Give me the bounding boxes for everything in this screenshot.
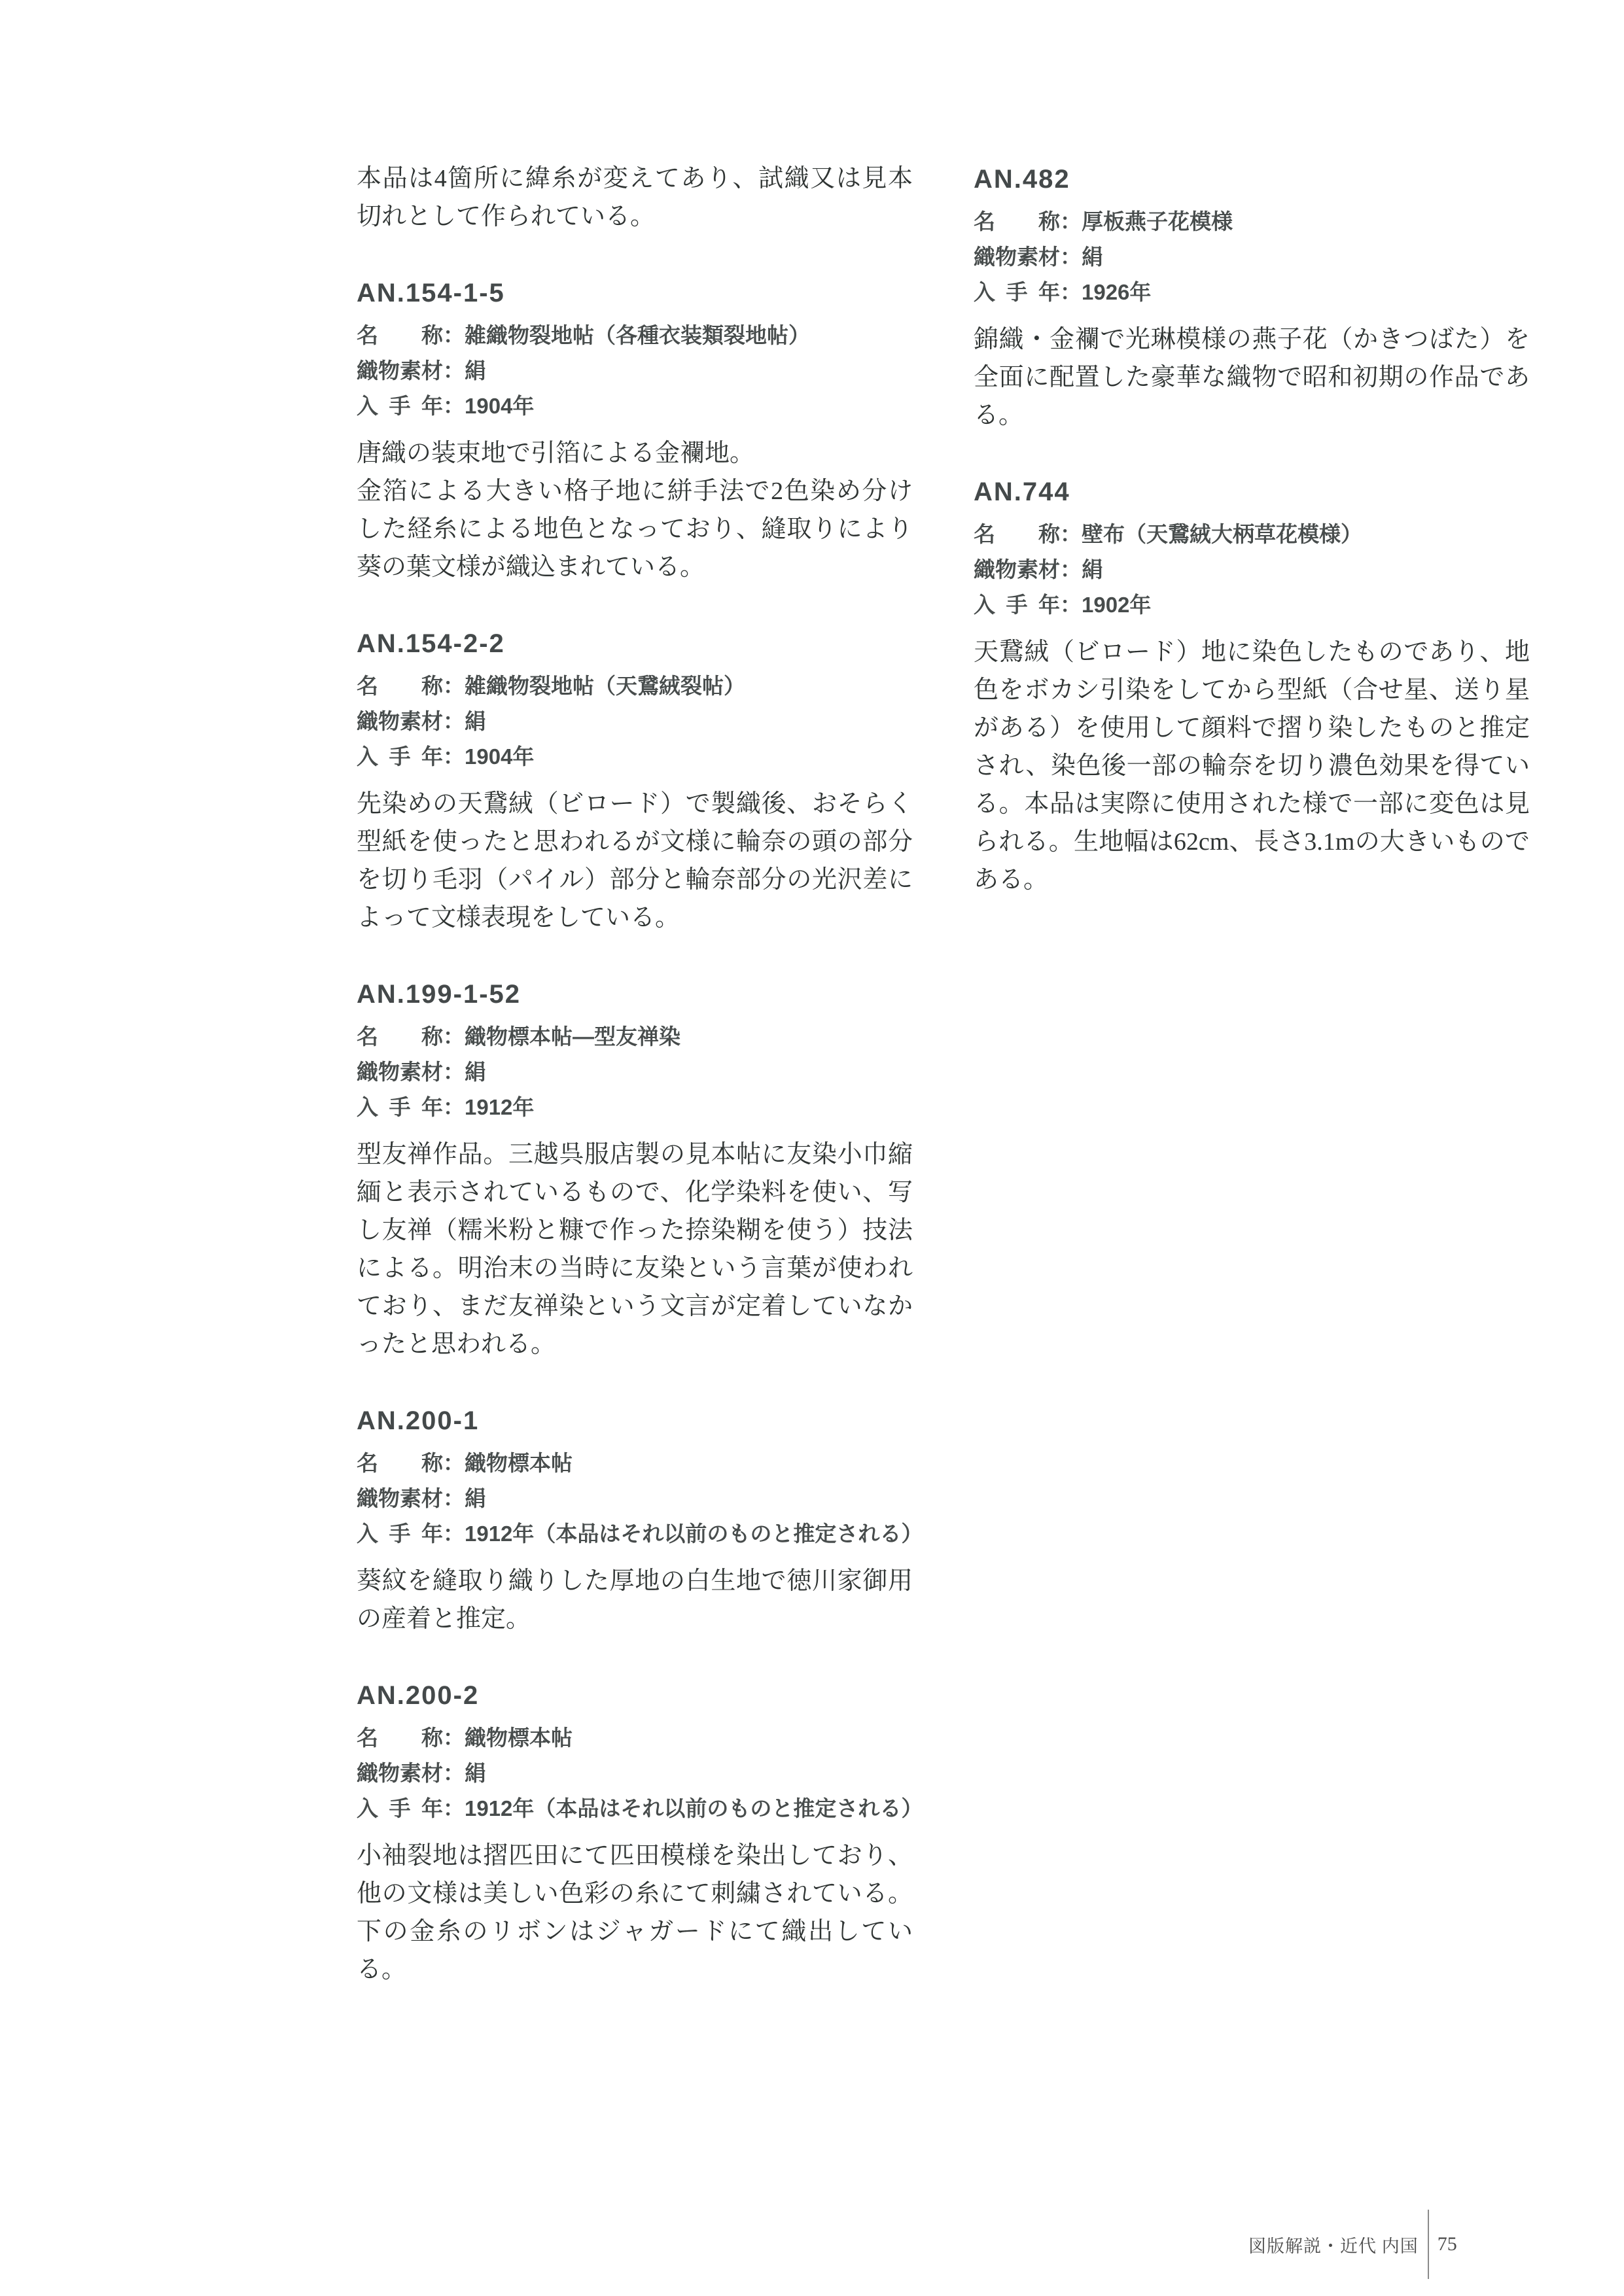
entry-meta: 名称 ： 織物標本帖―型友禅染 織物素材 ： 絹 入手年 ： 1912年	[357, 1019, 913, 1125]
field-name: 名称 ： 厚板燕子花模様	[974, 204, 1530, 239]
field-colon: ：	[1060, 204, 1082, 239]
field-colon: ：	[443, 318, 465, 353]
entry-an-744: AN.744 名称 ： 壁布（天鵞絨大柄草花模様） 織物素材 ： 絹 入手年 ：…	[974, 476, 1530, 899]
entry-description: 先染めの天鵞絨（ビロード）で製織後、おそらく型紙を使ったと思われるが文様に輪奈の…	[357, 785, 913, 937]
field-acquisition-year: 入手年 ： 1926年	[974, 275, 1530, 310]
field-colon: ：	[1060, 552, 1082, 587]
field-acquisition-year: 入手年 ： 1904年	[357, 389, 913, 424]
scanned-catalog-page: 本品は4箇所に緯糸が変えてあり、試織又は見本切れとして作られている。 AN.15…	[0, 0, 1624, 2296]
entry-id: AN.482	[974, 164, 1530, 195]
field-colon: ：	[443, 1446, 465, 1481]
field-colon: ：	[443, 1720, 465, 1756]
field-label: 名称	[357, 669, 443, 704]
field-value: 1904年	[465, 739, 913, 774]
entry-id: AN.154-2-2	[357, 628, 913, 659]
entry-id: AN.744	[974, 476, 1530, 508]
field-name: 名称 ： 織物標本帖	[357, 1446, 913, 1481]
field-material: 織物素材 ： 絹	[974, 239, 1530, 275]
field-material: 織物素材 ： 絹	[974, 552, 1530, 587]
field-name: 名称 ： 壁布（天鵞絨大柄草花模様）	[974, 517, 1530, 552]
entry-id: AN.154-1-5	[357, 277, 913, 309]
field-value: 1926年	[1082, 275, 1530, 310]
field-label: 織物素材	[357, 704, 443, 739]
field-value: 絹	[465, 704, 913, 739]
field-colon: ：	[1060, 239, 1082, 275]
page-footer: 図版解説・近代 内国 75	[1248, 2210, 1457, 2279]
field-label: 名称	[357, 1446, 443, 1481]
field-label: 名称	[357, 1720, 443, 1756]
field-value: 織物標本帖―型友禅染	[465, 1019, 913, 1054]
entry-an-199-1-52: AN.199-1-52 名称 ： 織物標本帖―型友禅染 織物素材 ： 絹 入手年…	[357, 979, 913, 1363]
field-value: 雑織物裂地帖（天鵞絨裂帖）	[465, 669, 913, 704]
field-label: 名称	[974, 204, 1060, 239]
field-value: 絹	[1082, 239, 1530, 275]
field-name: 名称 ： 織物標本帖―型友禅染	[357, 1019, 913, 1054]
field-label: 入手年	[357, 1516, 443, 1552]
entry-description: 錦織・金襴で光琳模様の燕子花（かきつばた）を全面に配置した豪華な織物で昭和初期の…	[974, 321, 1530, 434]
field-label: 織物素材	[357, 353, 443, 389]
entry-meta: 名称 ： 雑織物裂地帖（天鵞絨裂帖） 織物素材 ： 絹 入手年 ： 1904年	[357, 669, 913, 774]
field-colon: ：	[443, 1481, 465, 1516]
entry-description: 小袖裂地は摺匹田にて匹田模様を染出しており、他の文様は美しい色彩の糸にて刺繍され…	[357, 1837, 913, 1989]
field-colon: ：	[1060, 517, 1082, 552]
entry-an-200-2: AN.200-2 名称 ： 織物標本帖 織物素材 ： 絹 入手年 ： 1912年…	[357, 1680, 913, 1989]
entry-paragraph: 金箔による大きい格子地に絣手法で2色染め分けした経糸による地色となっており、縫取…	[357, 472, 913, 586]
field-colon: ：	[443, 669, 465, 704]
field-colon: ：	[443, 739, 465, 774]
entry-paragraph: 錦織・金襴で光琳模様の燕子花（かきつばた）を全面に配置した豪華な織物で昭和初期の…	[974, 321, 1530, 434]
entry-description: 葵紋を縫取り織りした厚地の白生地で徳川家御用の産着と推定。	[357, 1562, 913, 1638]
field-label: 名称	[357, 318, 443, 353]
field-label: 織物素材	[357, 1481, 443, 1516]
field-colon: ：	[443, 1019, 465, 1054]
entry-an-154-1-5: AN.154-1-5 名称 ： 雑織物裂地帖（各種衣装類裂地帖） 織物素材 ： …	[357, 277, 913, 586]
field-label: 織物素材	[974, 552, 1060, 587]
field-acquisition-year: 入手年 ： 1902年	[974, 587, 1530, 623]
field-label: 織物素材	[974, 239, 1060, 275]
field-acquisition-year: 入手年 ： 1912年（本品はそれ以前のものと推定される）	[357, 1516, 913, 1552]
field-label: 入手年	[357, 1791, 443, 1826]
carryover-paragraph: 本品は4箇所に緯糸が変えてあり、試織又は見本切れとして作られている。	[357, 160, 913, 235]
field-colon: ：	[443, 1756, 465, 1791]
right-column: AN.482 名称 ： 厚板燕子花模様 織物素材 ： 絹 入手年 ： 1926年	[974, 160, 1530, 899]
field-value: 絹	[465, 1481, 913, 1516]
field-value: 1912年（本品はそれ以前のものと推定される）	[465, 1791, 913, 1826]
field-label: 入手年	[357, 1090, 443, 1125]
field-label: 織物素材	[357, 1756, 443, 1791]
entry-description: 天鵞絨（ビロード）地に染色したものであり、地色をボカシ引染をしてから型紙（合せ星…	[974, 633, 1530, 899]
entry-meta: 名称 ： 厚板燕子花模様 織物素材 ： 絹 入手年 ： 1926年	[974, 204, 1530, 310]
entry-paragraph: 唐織の装束地で引箔による金襴地。	[357, 434, 913, 472]
entry-meta: 名称 ： 壁布（天鵞絨大柄草花模様） 織物素材 ： 絹 入手年 ： 1902年	[974, 517, 1530, 623]
entry-meta: 名称 ： 雑織物裂地帖（各種衣装類裂地帖） 織物素材 ： 絹 入手年 ： 190…	[357, 318, 913, 424]
entry-meta: 名称 ： 織物標本帖 織物素材 ： 絹 入手年 ： 1912年（本品はそれ以前の…	[357, 1446, 913, 1552]
field-value: 織物標本帖	[465, 1720, 913, 1756]
field-label: 入手年	[357, 739, 443, 774]
field-label: 入手年	[357, 389, 443, 424]
field-label: 織物素材	[357, 1054, 443, 1090]
field-value: 1902年	[1082, 587, 1530, 623]
field-colon: ：	[1060, 275, 1082, 310]
entry-description: 型友禅作品。三越呉服店製の見本帖に友染小巾縮緬と表示されているもので、化学染料を…	[357, 1136, 913, 1363]
field-acquisition-year: 入手年 ： 1912年（本品はそれ以前のものと推定される）	[357, 1791, 913, 1826]
field-colon: ：	[443, 353, 465, 389]
field-name: 名称 ： 雑織物裂地帖（天鵞絨裂帖）	[357, 669, 913, 704]
field-value: 絹	[465, 1756, 913, 1791]
field-colon: ：	[1060, 587, 1082, 623]
field-material: 織物素材 ： 絹	[357, 1054, 913, 1090]
field-colon: ：	[443, 389, 465, 424]
field-value: 絹	[465, 1054, 913, 1090]
entry-id: AN.200-1	[357, 1405, 913, 1436]
field-value: 1912年	[465, 1090, 913, 1125]
entry-an-482: AN.482 名称 ： 厚板燕子花模様 織物素材 ： 絹 入手年 ： 1926年	[974, 164, 1530, 434]
left-column: 本品は4箇所に緯糸が変えてあり、試織又は見本切れとして作られている。 AN.15…	[357, 160, 913, 1989]
entry-meta: 名称 ： 織物標本帖 織物素材 ： 絹 入手年 ： 1912年（本品はそれ以前の…	[357, 1720, 913, 1826]
field-label: 入手年	[974, 587, 1060, 623]
entry-an-154-2-2: AN.154-2-2 名称 ： 雑織物裂地帖（天鵞絨裂帖） 織物素材 ： 絹 入…	[357, 628, 913, 937]
field-name: 名称 ： 雑織物裂地帖（各種衣装類裂地帖）	[357, 318, 913, 353]
field-acquisition-year: 入手年 ： 1912年	[357, 1090, 913, 1125]
field-colon: ：	[443, 1791, 465, 1826]
field-label: 入手年	[974, 275, 1060, 310]
page-number: 75	[1438, 2233, 1457, 2255]
field-name: 名称 ： 織物標本帖	[357, 1720, 913, 1756]
field-value: 1904年	[465, 389, 913, 424]
carryover-paragraph-block: 本品は4箇所に緯糸が変えてあり、試織又は見本切れとして作られている。	[357, 160, 913, 235]
field-label: 名称	[974, 517, 1060, 552]
field-material: 織物素材 ： 絹	[357, 1756, 913, 1791]
field-value: 雑織物裂地帖（各種衣装類裂地帖）	[465, 318, 913, 353]
entry-id: AN.199-1-52	[357, 979, 913, 1010]
field-material: 織物素材 ： 絹	[357, 704, 913, 739]
footer-section-label: 図版解説・近代 内国	[1248, 2232, 1419, 2257]
field-value: 絹	[465, 353, 913, 389]
field-colon: ：	[443, 1090, 465, 1125]
entry-paragraph: 小袖裂地は摺匹田にて匹田模様を染出しており、他の文様は美しい色彩の糸にて刺繍され…	[357, 1837, 913, 1989]
entry-id: AN.200-2	[357, 1680, 913, 1711]
field-label: 名称	[357, 1019, 443, 1054]
field-material: 織物素材 ： 絹	[357, 1481, 913, 1516]
field-colon: ：	[443, 704, 465, 739]
footer-divider	[1428, 2210, 1429, 2279]
field-value: 絹	[1082, 552, 1530, 587]
entry-paragraph: 型友禅作品。三越呉服店製の見本帖に友染小巾縮緬と表示されているもので、化学染料を…	[357, 1136, 913, 1363]
field-material: 織物素材 ： 絹	[357, 353, 913, 389]
field-colon: ：	[443, 1054, 465, 1090]
field-value: 壁布（天鵞絨大柄草花模様）	[1082, 517, 1530, 552]
field-colon: ：	[443, 1516, 465, 1552]
entry-paragraph: 先染めの天鵞絨（ビロード）で製織後、おそらく型紙を使ったと思われるが文様に輪奈の…	[357, 785, 913, 937]
field-value: 厚板燕子花模様	[1082, 204, 1530, 239]
field-value: 1912年（本品はそれ以前のものと推定される）	[465, 1516, 913, 1552]
entry-paragraph: 葵紋を縫取り織りした厚地の白生地で徳川家御用の産着と推定。	[357, 1562, 913, 1638]
entry-description: 唐織の装束地で引箔による金襴地。 金箔による大きい格子地に絣手法で2色染め分けし…	[357, 434, 913, 586]
field-acquisition-year: 入手年 ： 1904年	[357, 739, 913, 774]
entry-an-200-1: AN.200-1 名称 ： 織物標本帖 織物素材 ： 絹 入手年 ： 1912年…	[357, 1405, 913, 1638]
field-value: 織物標本帖	[465, 1446, 913, 1481]
entry-paragraph: 天鵞絨（ビロード）地に染色したものであり、地色をボカシ引染をしてから型紙（合せ星…	[974, 633, 1530, 899]
